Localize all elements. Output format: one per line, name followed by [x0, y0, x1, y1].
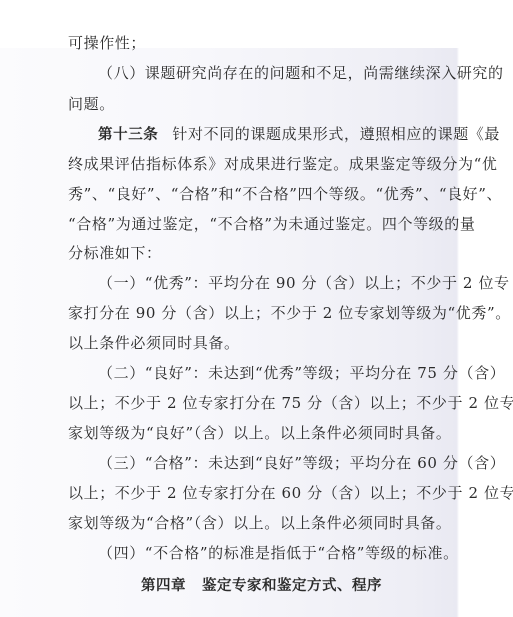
criterion-pass-line: （三）“合格”：未达到“良好”等级；平均分在 60 分（含）: [98, 454, 458, 472]
chapter-label: 第四章: [141, 578, 186, 594]
chapter-heading: 第四章鉴定专家和鉴定方式、程序: [0, 574, 513, 595]
document-page: 可操作性； （八）课题研究尚存在的问题和不足，尚需继续深入研究的 问题。 第十三…: [0, 0, 513, 617]
text-line: 以上；不少于 2 位专家打分在 75 分（含）以上；不少于 2 位专: [68, 394, 458, 412]
text-line: 家打分在 90 分（含）以上；不少于 2 位专家划等级为“优秀”。: [68, 304, 458, 322]
text-line: 终成果评估指标体系》对成果进行鉴定。成果鉴定等级分为“优: [68, 155, 458, 173]
text-line: 问题。: [68, 95, 458, 113]
text-line: 秀”、“良好”、“合格”和“不合格”四个等级。“优秀”、“良好”、: [68, 185, 458, 203]
text-line: （八）课题研究尚存在的问题和不足，尚需继续深入研究的: [98, 64, 458, 82]
chapter-title: 鉴定专家和鉴定方式、程序: [202, 578, 382, 594]
text-line: 以上；不少于 2 位专家打分在 60 分（含）以上；不少于 2 位专: [68, 484, 458, 502]
article-13-text: 针对不同的课题成果形式，遵照相应的课题《最: [172, 125, 500, 143]
article-13-first-line: 第十三条针对不同的课题成果形式，遵照相应的课题《最: [98, 125, 458, 144]
article-13-label: 第十三条: [98, 127, 158, 143]
text-line: 以上条件必须同时具备。: [68, 334, 458, 352]
text-line: “合格”为通过鉴定，“不合格”为未通过鉴定。四个等级的量: [68, 215, 458, 233]
text-line: 家划等级为“合格”（含）以上。以上条件必须同时具备。: [68, 514, 458, 532]
text-line: 家划等级为“良好”（含）以上。以上条件必须同时具备。: [68, 424, 458, 442]
criterion-good-line: （二）“良好”：未达到“优秀”等级；平均分在 75 分（含）: [98, 364, 458, 382]
text-line: 可操作性；: [68, 34, 458, 52]
criterion-fail-line: （四）“不合格”的标准是指低于“合格”等级的标准。: [98, 544, 458, 562]
criterion-excellent-line: （一）“优秀”：平均分在 90 分（含）以上；不少于 2 位专: [98, 274, 458, 292]
text-line: 分标准如下：: [68, 244, 458, 262]
